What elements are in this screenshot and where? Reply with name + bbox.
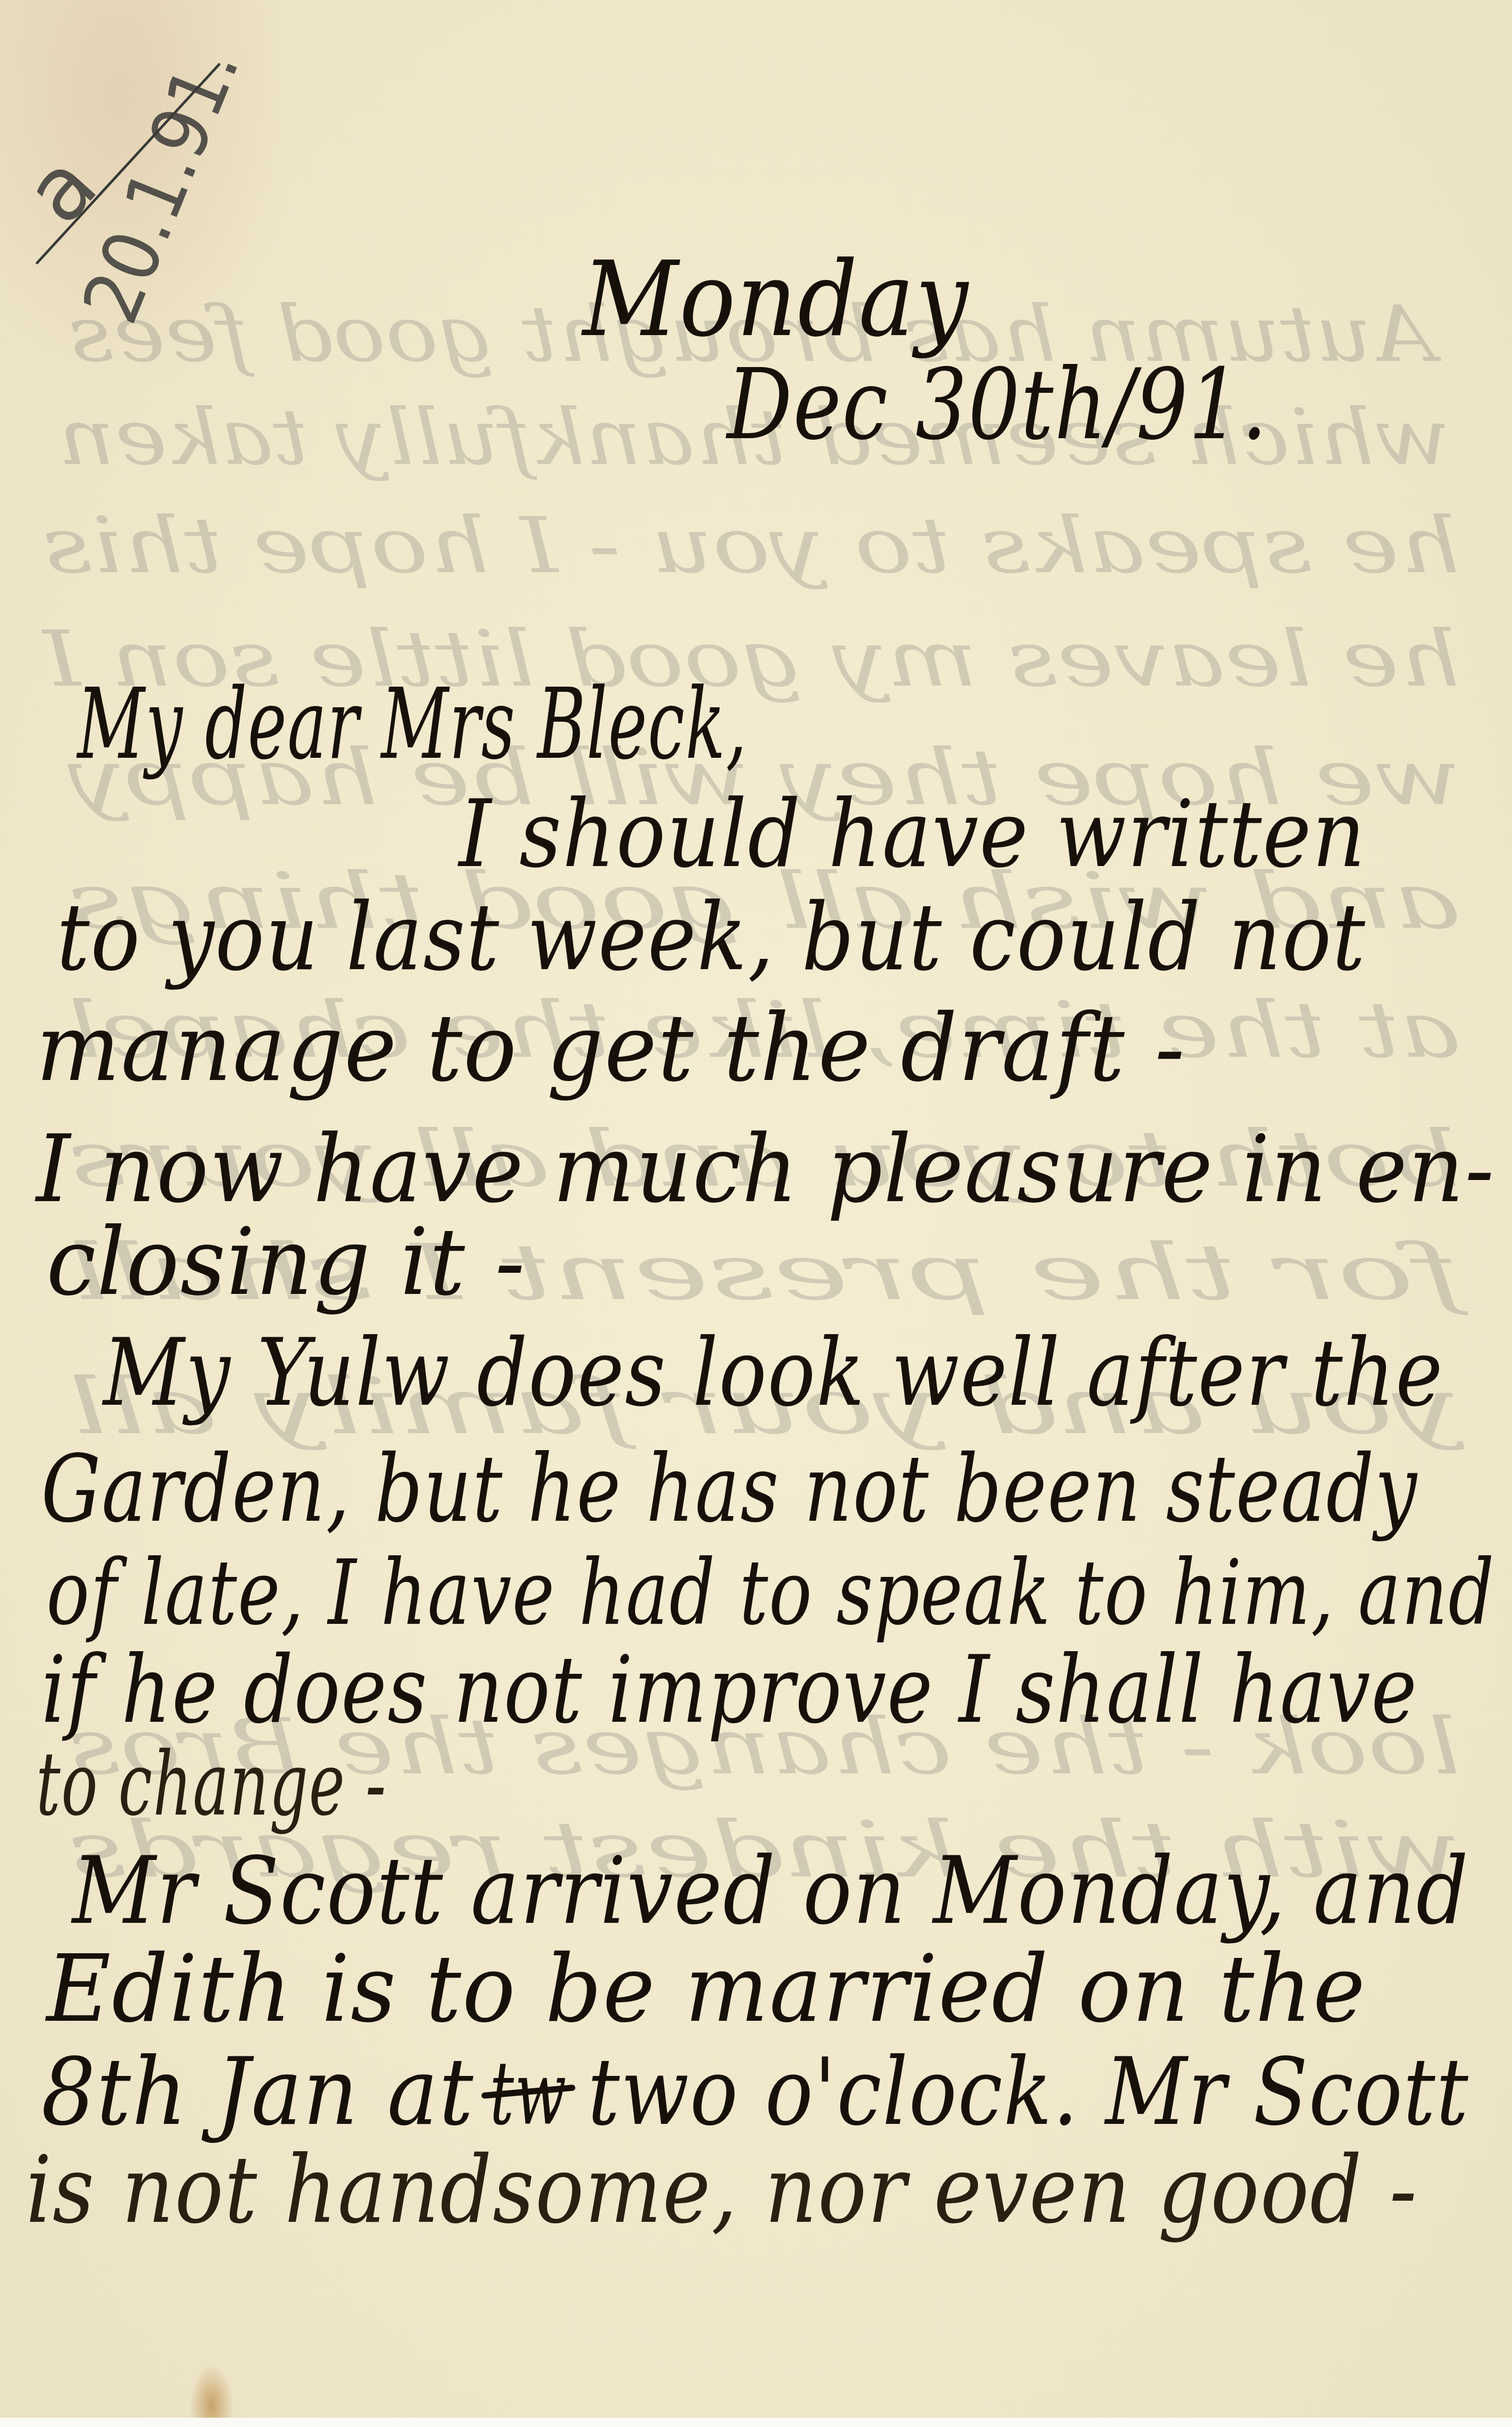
body-line: Mr Scott arrived on Monday, and	[71, 1837, 1469, 1945]
body-line: of late, I have had to speak to him, and	[46, 1541, 1495, 1645]
body-line: if he does not improve I shall have	[41, 1636, 1418, 1744]
body-line: I should have written	[457, 780, 1366, 888]
salutation: My dear Mrs Bleck,	[76, 667, 747, 781]
body-line: is not handsome, nor even good -	[26, 2136, 1418, 2244]
letter-day: Monday	[580, 240, 970, 360]
body-line: My Yulw does look well after the	[102, 1319, 1443, 1427]
body-line: Garden, but he has not been steady	[41, 1435, 1418, 1543]
body-line: I now have much pleasure in en-	[35, 1116, 1495, 1223]
body-line: to change -	[36, 1734, 387, 1836]
body-line: Edith is to be married on the	[45, 1935, 1366, 2043]
body-line: to you last week, but could not	[57, 884, 1366, 991]
body-line: closing it -	[46, 1208, 526, 1316]
body-line: 8th Jan at	[41, 2038, 474, 2146]
body-line: two o'clock. Mr Scott	[588, 2038, 1469, 2146]
letter-date: Dec 30th/91.	[726, 347, 1268, 461]
body-line: manage to get the draft -	[36, 994, 1186, 1102]
letter-text: Monday Dec 30th/91. My dear Mrs Bleck, I…	[0, 0, 1512, 2427]
